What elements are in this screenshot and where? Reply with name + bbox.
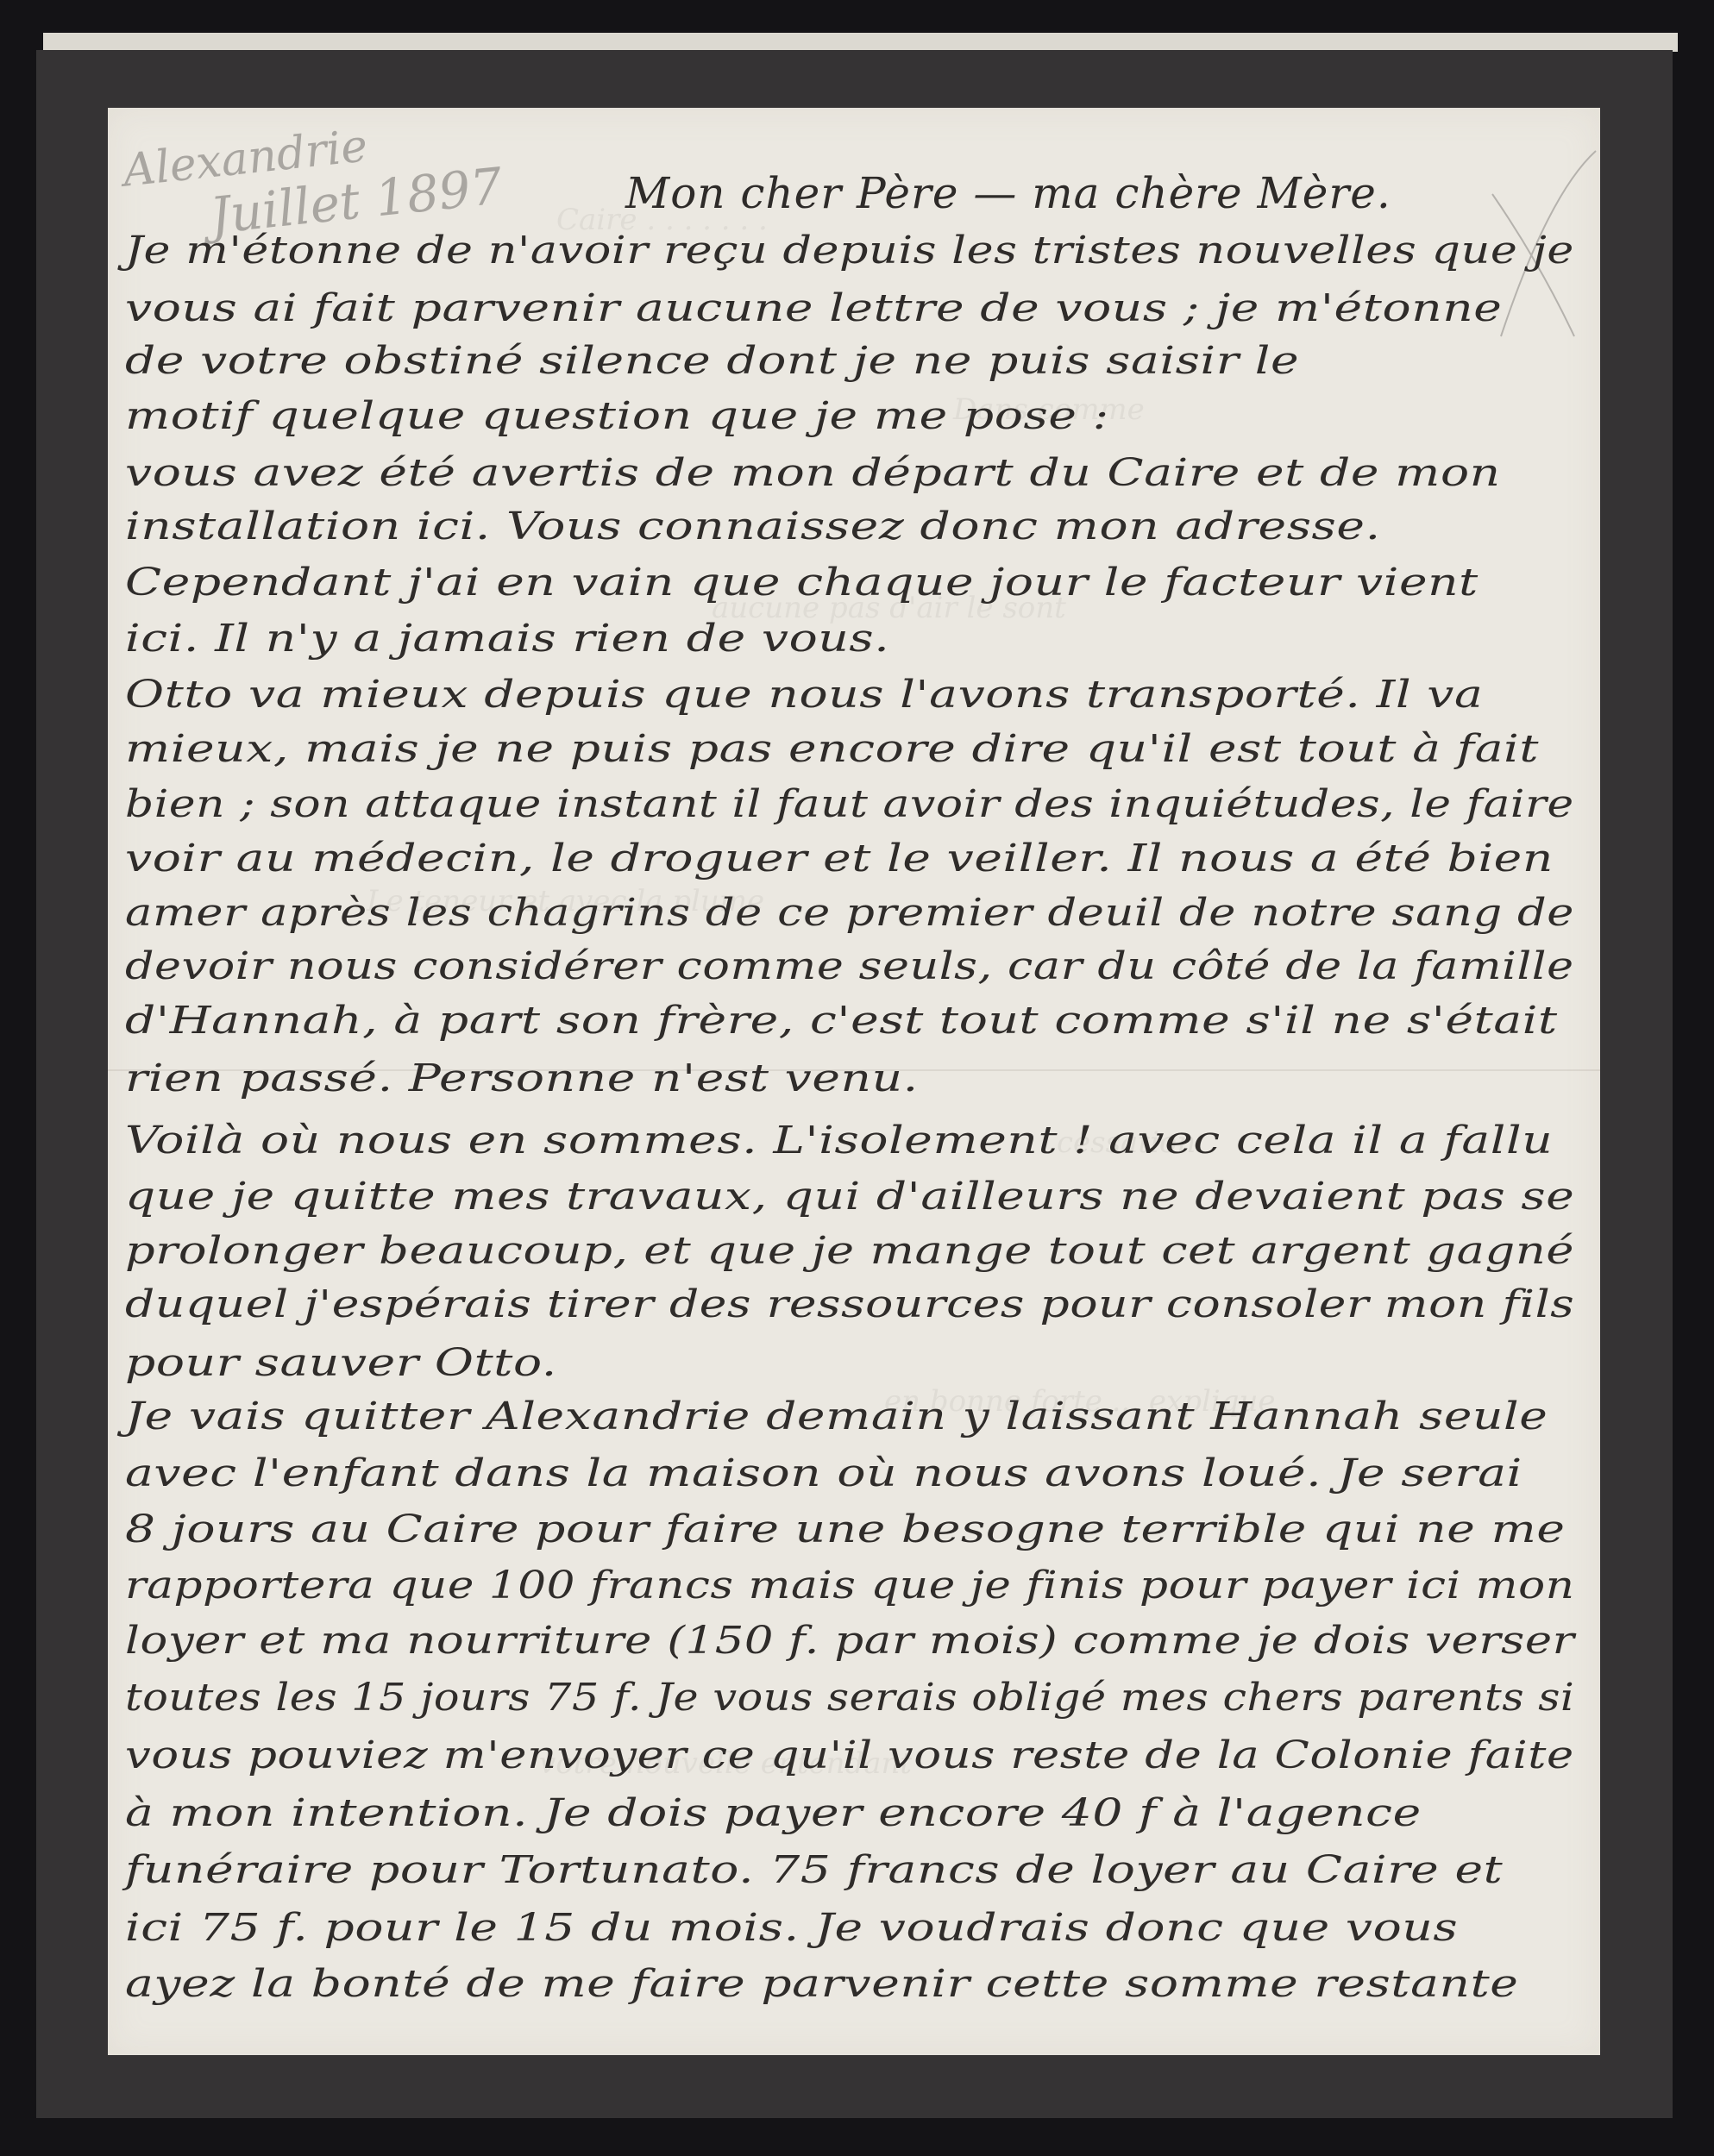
text-line: pour sauver Otto. [125, 1341, 557, 1385]
text-line: funéraire pour Tortunato. 75 francs de l… [125, 1848, 1503, 1892]
text-line: bien ; son attaque instant il faut avoir… [125, 782, 1574, 826]
text-line: voir au médecin, le droguer et le veille… [125, 837, 1554, 881]
text-line: rien passé. Personne n'est venu. [125, 1056, 919, 1100]
text-line: Voilà où nous en sommes. L'isolement ! a… [125, 1119, 1553, 1163]
text-line: 8 jours au Caire pour faire une besogne … [125, 1507, 1566, 1551]
text-line: vous pouviez m'envoyer ce qu'il vous res… [125, 1733, 1574, 1777]
letter-page: Caire . . . . . . . Dans comme aucune pa… [108, 108, 1600, 2055]
text-line: Cependant j'ai en vain que chaque jour l… [125, 561, 1479, 605]
text-line: toutes les 15 jours 75 f. Je vous serais… [125, 1676, 1574, 1720]
text-line: ici 75 f. pour le 15 du mois. Je voudrai… [125, 1906, 1458, 1950]
text-line: de votre obstiné silence dont je ne puis… [125, 339, 1299, 383]
backing-sheet-edge [43, 33, 1678, 52]
text-line: d'Hannah, à part son frère, c'est tout c… [125, 999, 1558, 1043]
text-line: Je m'étonne de n'avoir reçu depuis les t… [125, 229, 1574, 273]
text-line: devoir nous considérer comme seuls, car … [125, 944, 1574, 988]
text-line: vous avez été avertis de mon départ du C… [125, 451, 1501, 495]
text-line: installation ici. Vous connaissez donc m… [125, 505, 1381, 548]
text-line: vous ai fait parvenir aucune lettre de v… [125, 286, 1502, 330]
salutation: Mon cher Père — ma chère Mère. [625, 168, 1391, 218]
text-line: ici. Il n'y a jamais rien de vous. [125, 617, 889, 661]
text-line: duquel j'espérais tirer des ressources p… [125, 1282, 1574, 1326]
text-line: avec l'enfant dans la maison où nous avo… [125, 1451, 1523, 1495]
text-line: motif quelque question que je me pose : [125, 394, 1109, 438]
text-line: Je vais quitter Alexandrie demain y lais… [125, 1395, 1548, 1438]
text-line: à mon intention. Je dois payer encore 40… [125, 1791, 1422, 1835]
text-line: que je quitte mes travaux, qui d'ailleur… [125, 1175, 1574, 1219]
text-line: ayez la bonté de me faire parvenir cette… [125, 1962, 1518, 2006]
text-line: amer après les chagrins de ce premier de… [125, 891, 1574, 935]
text-line: Otto va mieux depuis que nous l'avons tr… [125, 673, 1483, 717]
text-line: rapportera que 100 francs mais que je fi… [125, 1564, 1575, 1608]
text-line: mieux, mais je ne puis pas encore dire q… [125, 727, 1539, 771]
text-line: prolonger beaucoup, et que je mange tout… [125, 1229, 1574, 1273]
text-line: loyer et ma nourriture (150 f. par mois)… [125, 1619, 1575, 1663]
